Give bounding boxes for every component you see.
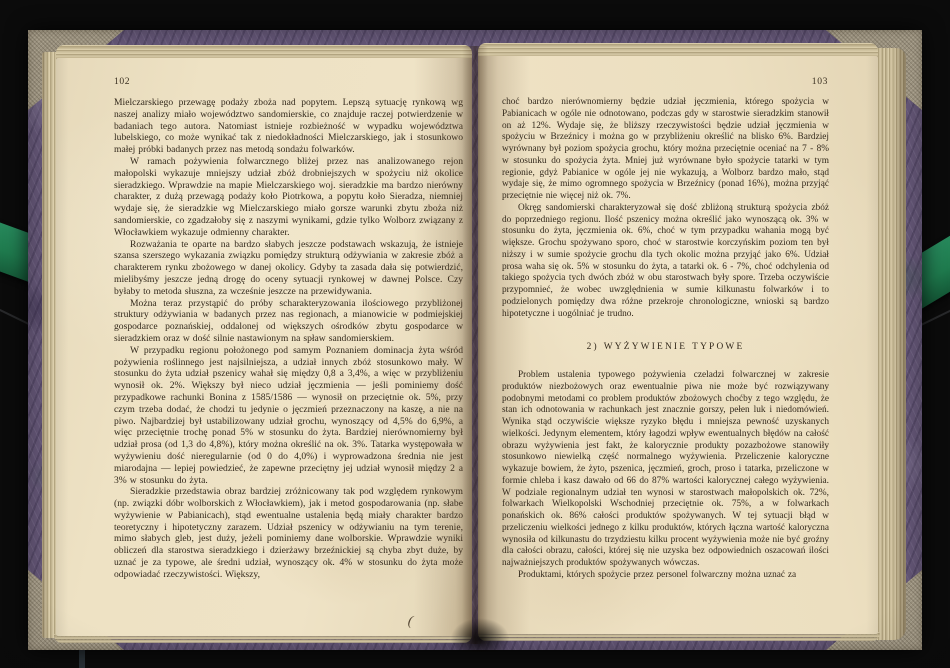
handwritten-pen-mark: ( bbox=[407, 614, 414, 631]
body-paragraph: Problem ustalenia typowego pożywienia cz… bbox=[502, 370, 829, 570]
body-paragraph: Produktami, których spożycie przez perso… bbox=[502, 570, 829, 582]
body-paragraph: Sieradzkie przedstawia obraz bardziej zr… bbox=[114, 486, 463, 580]
page-number-right: 103 bbox=[812, 76, 828, 87]
text-column-right: choć bardzo nierównomierny będzie udział… bbox=[502, 97, 829, 582]
page-left: 102 Mielczarskiego przewagę podaży zboża… bbox=[56, 58, 472, 636]
body-paragraph: Okręg sandomierski charakteryzował się d… bbox=[502, 203, 829, 321]
book-gutter-shadow bbox=[462, 46, 488, 644]
page-edge-stack-right bbox=[877, 48, 906, 640]
body-paragraph: Mielczarskiego przewagę podaży zboża nad… bbox=[114, 97, 463, 156]
section-heading: 2) WYŻYWIENIE TYPOWE bbox=[512, 342, 819, 354]
page-edge-stack-left bbox=[42, 52, 57, 638]
body-paragraph: W ramach pożywienia folwarcznego bliżej … bbox=[114, 156, 463, 239]
photo-background: 102 Mielczarskiego przewagę podaży zboża… bbox=[0, 0, 950, 668]
page-number-left: 102 bbox=[114, 76, 130, 87]
text-column-left: Mielczarskiego przewagę podaży zboża nad… bbox=[114, 97, 463, 581]
body-paragraph: W przypadku regionu położonego pod samym… bbox=[114, 345, 463, 487]
body-paragraph: choć bardzo nierównomierny będzie udział… bbox=[502, 97, 829, 203]
body-paragraph: Rozważania te oparte na bardzo słabych j… bbox=[114, 239, 463, 298]
body-paragraph: Można teraz przystąpić do próby scharakt… bbox=[114, 298, 463, 345]
book-gutter-bottom-shadow bbox=[440, 600, 520, 652]
page-right: 103 choć bardzo nierównomierny będzie ud… bbox=[478, 56, 878, 634]
